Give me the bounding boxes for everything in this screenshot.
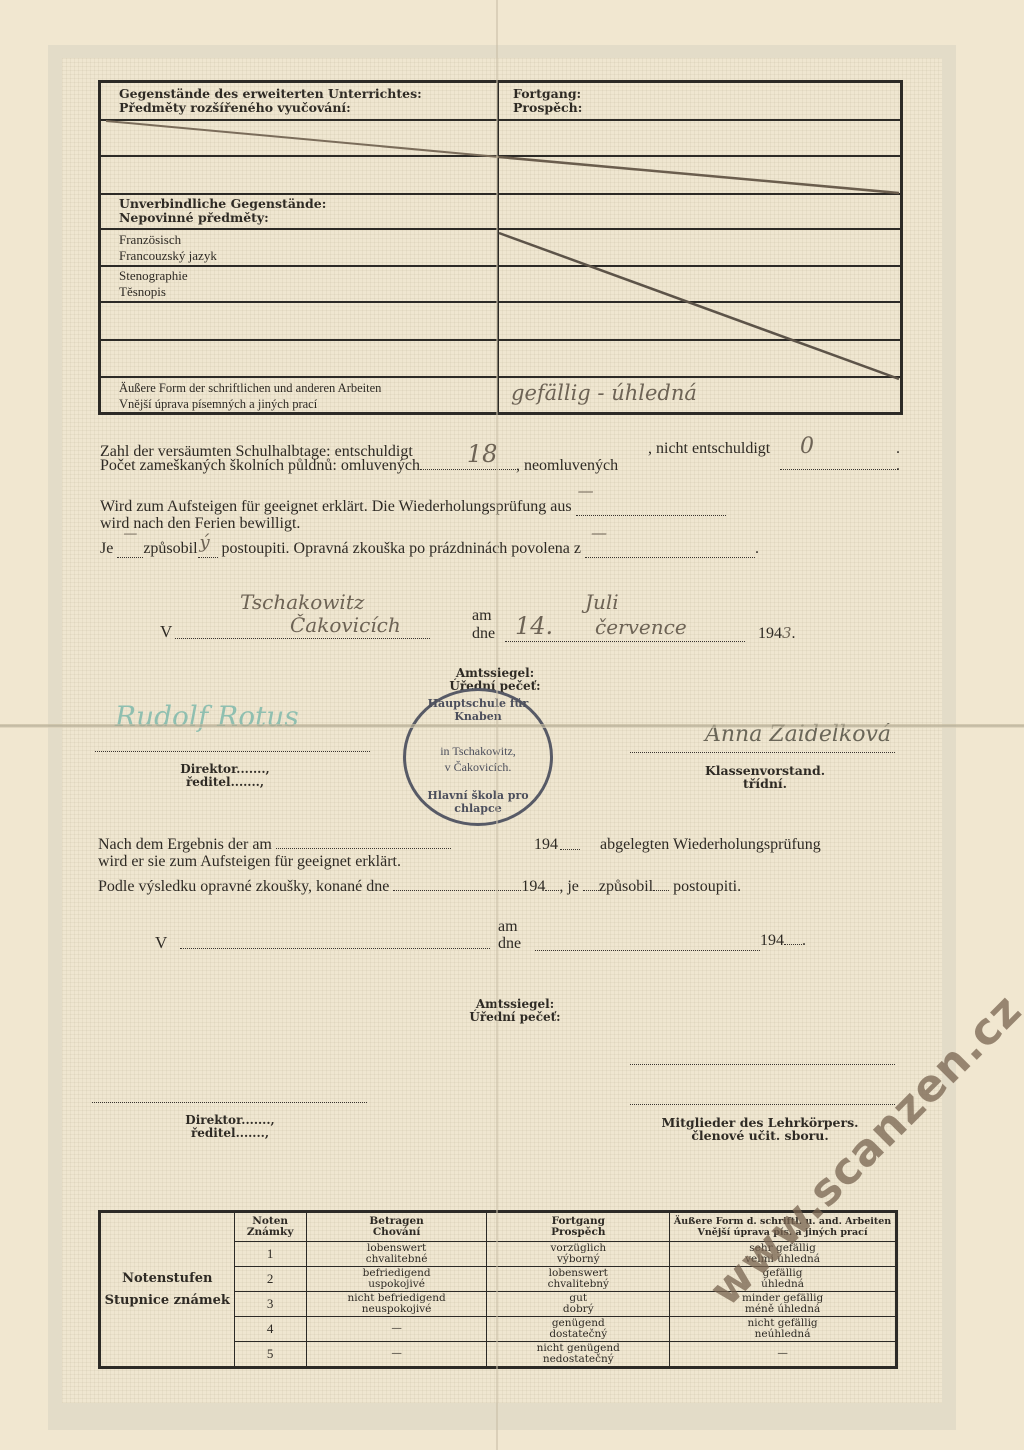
staff-signature-line-2 [630,1104,895,1105]
gender-suffix-field: ý [198,540,218,558]
month-cs-handwritten: července [595,615,687,639]
staff-label: Mitglieder des Lehrkörpers. členové učit… [650,1116,870,1142]
correction-exam-value: — [591,524,607,541]
negation-field: — [117,540,143,558]
stamp-bottom-text: Hlavní škola pro chlapce [406,789,550,815]
place-field-2 [180,948,490,949]
correction-exam-field: — [585,540,755,558]
scale-label-de: Notenstufen [101,1268,234,1290]
promotion-line-de: Wird zum Aufsteigen für geeignet erklärt… [100,498,726,516]
date-field-2 [535,950,760,951]
year-suffix: 3 [782,624,792,642]
progress-cell: gutdobrý [487,1291,670,1316]
stamp-top-text: Hauptschule für Knaben [406,697,550,723]
absences-label-cs: Počet zameškaných školních půldnů: [100,457,337,474]
teacher-signature-line [630,752,895,753]
stamp-line-2: v Čakovicích. [406,759,550,775]
director-label-cs: ředitel......., [170,1127,290,1140]
am-label: am [472,607,492,624]
reexam-year-cs: 194 [521,878,545,895]
period: . [792,625,796,642]
column-header-progress: FortgangProspěch [487,1212,670,1242]
director-signature-line-2 [92,1102,367,1103]
conduct-cell: befriedigenduspokojivé [306,1266,487,1291]
director-label-cs: ředitel......., [165,776,285,789]
conduct-cell: — [306,1316,487,1341]
extended-subjects-table: Gegenstände des erweiterten Unterrichtes… [98,80,903,415]
director-signature: Rudolf Rotus [115,700,299,733]
unexcused-label-cs: , neomluvených [516,457,618,474]
repeat-exam-subject-value: — [578,482,594,499]
conduct-cell: — [306,1341,487,1367]
dne-label-2: dne [498,935,521,952]
conduct-cell: nicht befriedigendneuspokojivé [306,1291,487,1316]
paper-fold-vertical [496,0,498,1450]
form-cell: — [670,1341,897,1367]
staff-label-cs: členové učit. sboru. [650,1129,870,1142]
progress-cell: lobenswertchvalitebný [487,1266,670,1291]
reexam-line-3: Podle výsledku opravné zkoušky, konané d… [98,878,903,895]
day-handwritten: 14. [515,612,553,640]
date-field [505,641,745,642]
grade-cell: 2 [234,1266,306,1291]
column-header-conduct: BetragenChování [306,1212,487,1242]
capable-label: způsobil [599,878,653,895]
dne-label: dne [472,625,495,642]
reexam-rest-de: abgelegten Wiederholungsprüfung [600,836,821,853]
unexcused-field [780,469,898,470]
form-cell: nicht gefälligneúhledná [670,1316,897,1341]
reexam-line-2: wird er sie zum Aufsteigen für geeignet … [98,853,401,870]
excused-field [420,469,516,470]
place-de-handwritten: Tschakowitz [240,590,364,614]
negation-value: — [123,526,137,543]
grade-cell: 5 [234,1341,306,1367]
scale-label-cs: Stupnice známek [101,1290,234,1312]
place-cs-handwritten: Čakovicích [290,613,401,637]
reexam-text-cs: Podle výsledku opravné zkoušky, konané d… [98,878,389,895]
reexam-text-de: Nach dem Ergebnis der am [98,836,272,853]
teacher-label: Klassenvorstand. třídní. [700,764,830,790]
absences-line-cs: Počet zameškaných školních půldnů: omluv… [100,457,905,474]
year-field-2: 194. [760,932,806,949]
paper-fold [0,724,1024,728]
month-de-handwritten: Juli [585,590,619,614]
capable-label: způsobil [143,540,197,557]
unexcused-label-de: , nicht entschuldigt [648,440,770,457]
promotion-line-cs: Je — způsobilý postoupiti. Opravná zkouš… [100,540,759,558]
year-prefix: 194 [760,932,784,949]
seal-label-2: Amtssiegel: Úřední pečeť: [440,998,590,1024]
seal-label-cs: Úřední pečeť: [440,1011,590,1024]
strike-lines [101,83,901,413]
scale-label-cell: Notenstufen Stupnice známek [100,1212,235,1368]
progress-cell: genügenddostatečný [487,1316,670,1341]
staff-signature-line-1 [630,1064,895,1065]
reexam-date-field [276,848,451,849]
grade-cell: 4 [234,1316,306,1341]
teacher-label-cs: třídní. [700,777,830,790]
reexam-year: 194 [534,836,558,853]
progress-cell: vorzüglichvýborný [487,1242,670,1267]
reexam-line-1: Nach dem Ergebnis der am 194 abgelegten … [98,836,898,853]
director-label-1: Direktor......., ředitel......., [165,763,285,789]
form-cell: minder gefälligméně úhledná [670,1291,897,1316]
gender-suffix-value: ý [200,534,210,551]
repeat-exam-subject-field: — [576,498,726,516]
stamp-line-1: in Tschakowitz, [406,743,550,759]
reexam-date-cs-field [393,890,521,891]
year-prefix: 194 [758,625,782,642]
je-label: Je [100,540,113,557]
excused-label-cs: omluvených [341,457,420,474]
place-v-label: V [160,623,172,640]
director-signature-line [95,751,370,752]
conduct-cell: lobenswertchvalitebné [306,1242,487,1267]
grade-cell: 3 [234,1291,306,1316]
progress-cell: nicht genügendnedostatečný [487,1341,670,1367]
place-v-label-2: V [155,934,167,951]
director-label-2: Direktor......., ředitel......., [170,1114,290,1140]
am-label-2: am [498,918,518,935]
grade-cell: 1 [234,1242,306,1267]
period: . [802,932,806,949]
unexcused-count: 0 [800,438,814,455]
year-field: 1943. [758,625,796,642]
stamp-center-text: in Tschakowitz, v Čakovicích. [406,743,550,775]
promotion-text-cs: postoupiti. Opravná zkouška po prázdniná… [222,540,581,557]
promotion-text-de: Wird zum Aufsteigen für geeignet erklärt… [100,498,572,515]
place-field [175,638,430,639]
column-header-grade: NotenZnámky [234,1212,306,1242]
je-label: , je [559,878,579,895]
school-stamp: Hauptschule für Knaben in Tschakowitz, v… [403,688,553,826]
promote-label: postoupiti. [673,878,741,895]
